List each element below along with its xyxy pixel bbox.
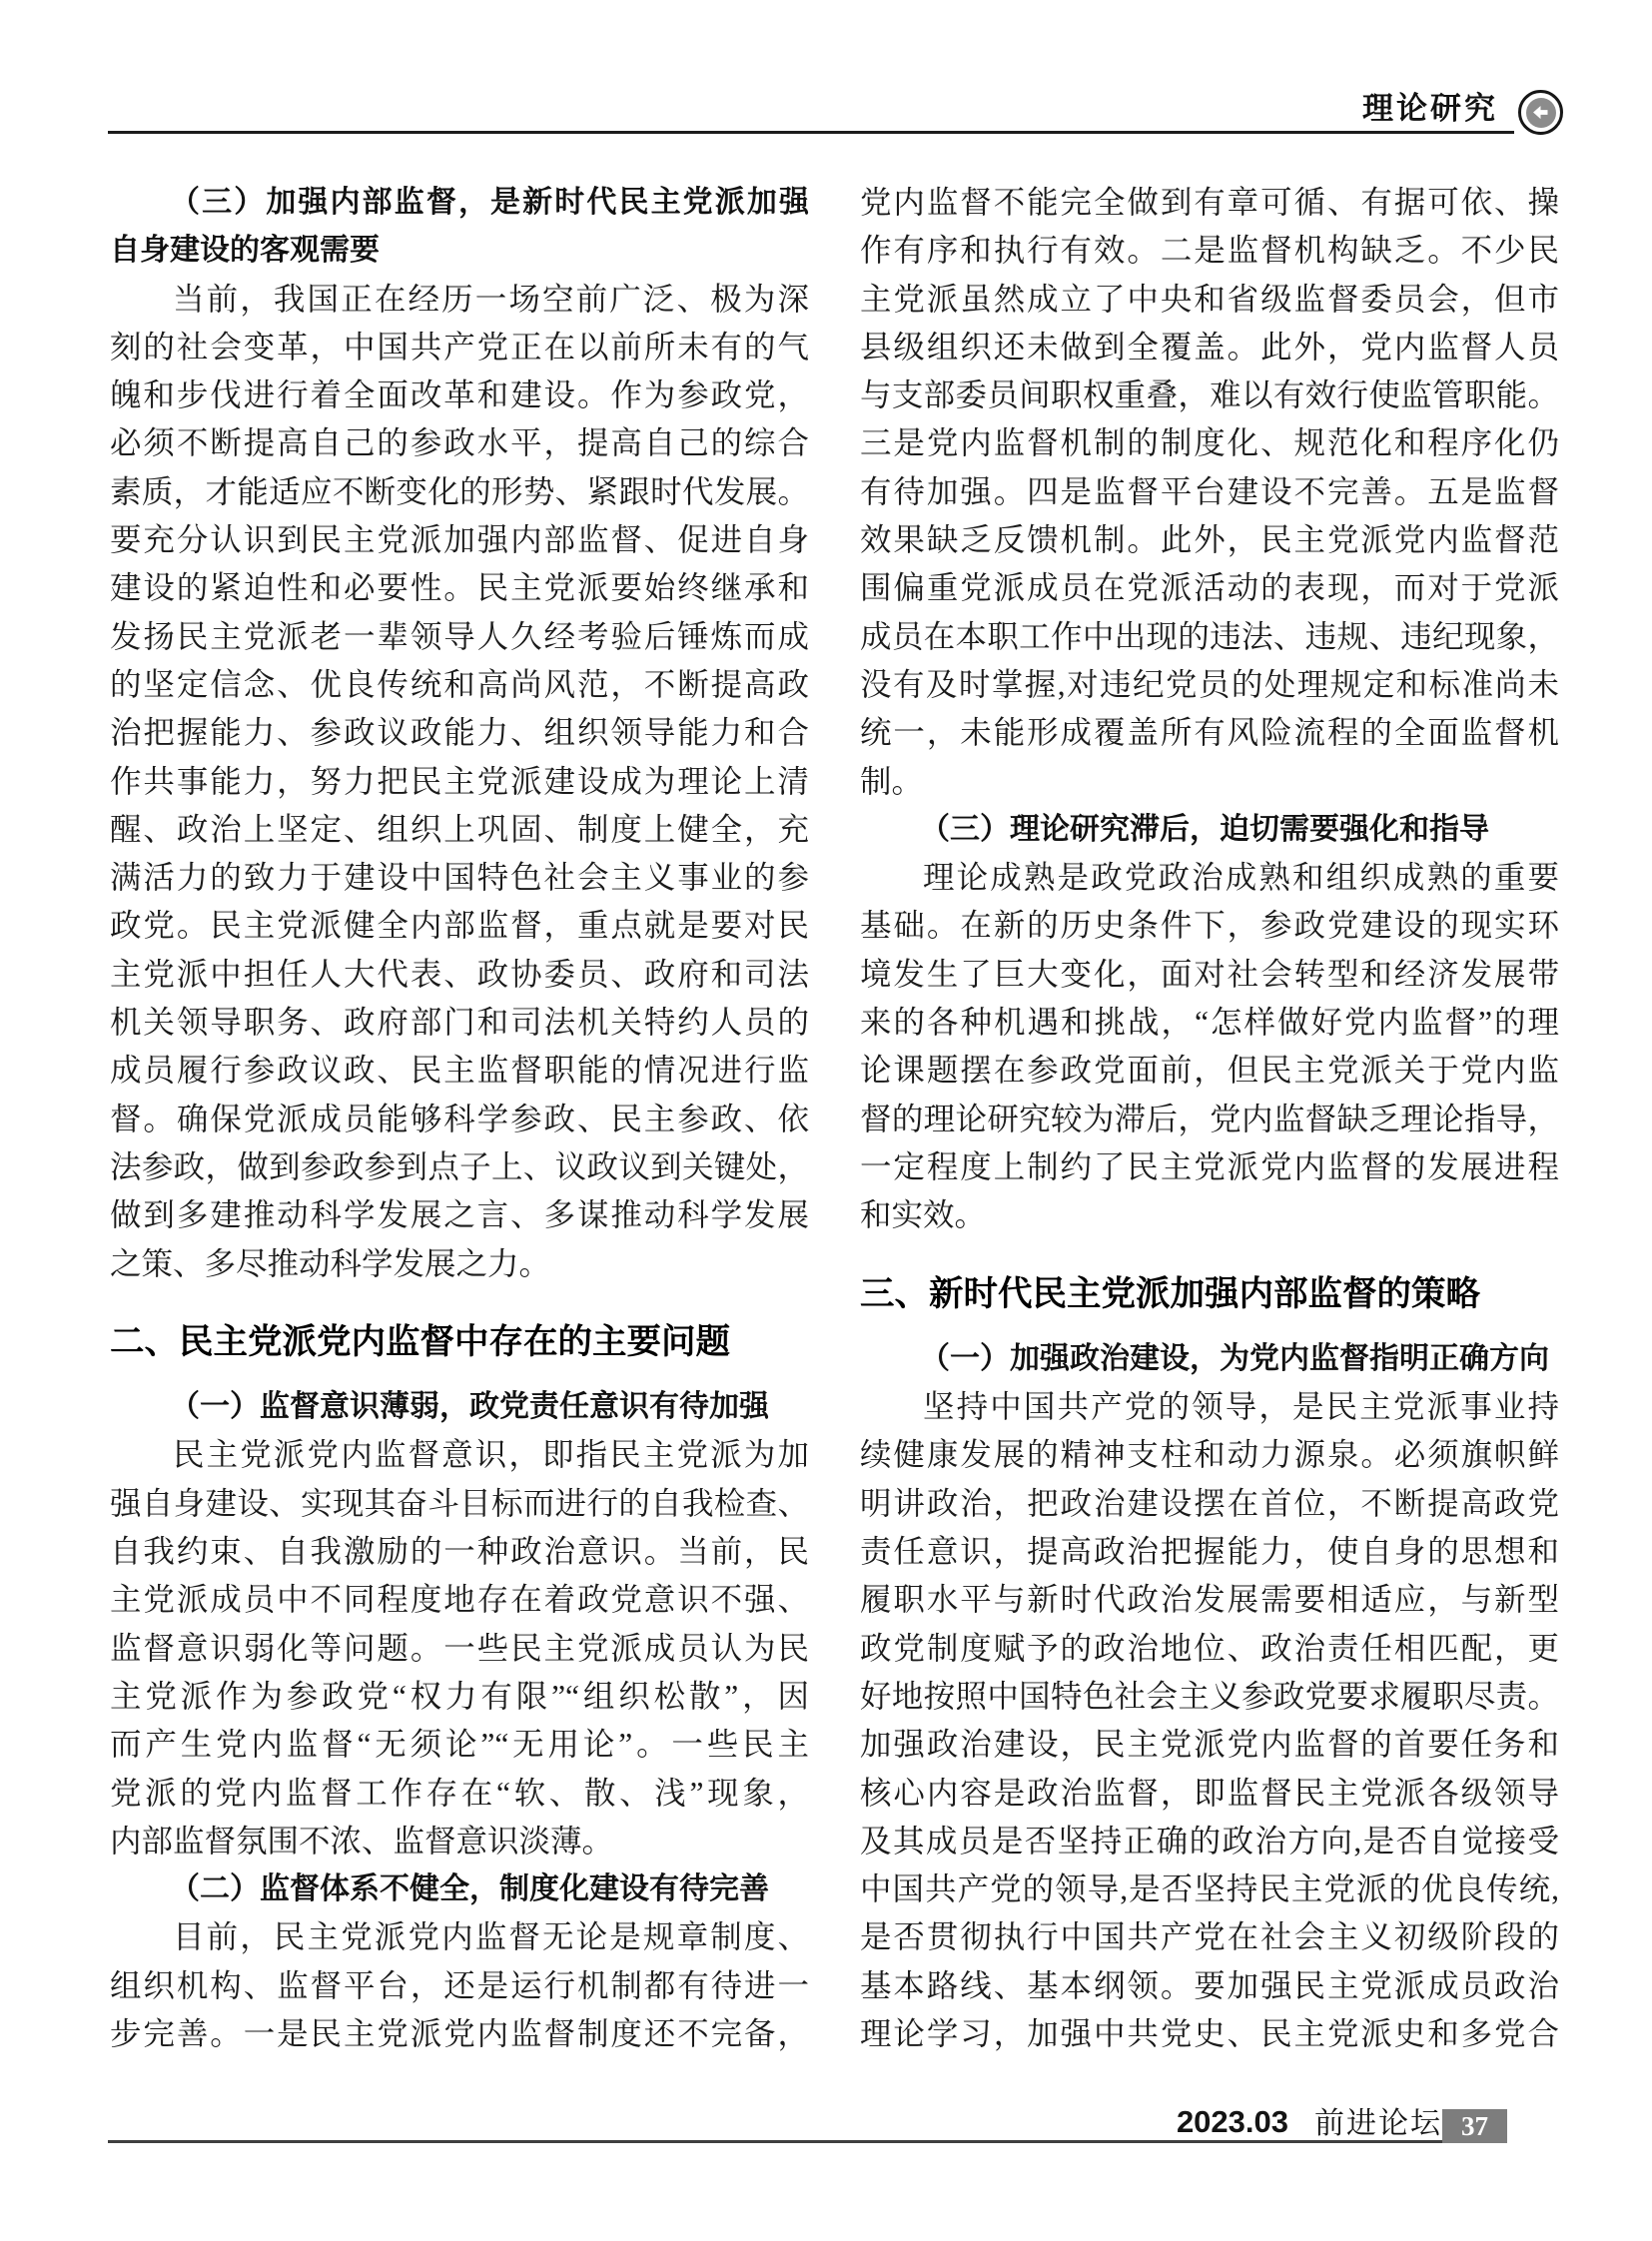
text-line: 成员在本职工作中出现的违法、违规、违纪现象， (860, 613, 1559, 661)
footer-issue-date: 2023.03 (1177, 2104, 1288, 2140)
text-line: 围偏重党派成员在党派活动的表现，而对于党派 (860, 564, 1559, 612)
text-line: 中国共产党的领导,是否坚持民主党派的优良传统, (860, 1866, 1559, 1913)
text-line: 之策、多尽推动科学发展之力。 (110, 1240, 809, 1288)
text-line: 党内监督不能完全做到有章可循、有据可依、操 (860, 179, 1559, 227)
text-line: （一）加强政治建设，为党内监督指明正确方向 (860, 1335, 1559, 1383)
right-column: 党内监督不能完全做到有章可循、有据可依、操作有序和执行有效。二是监督机构缺乏。不… (860, 179, 1559, 2058)
section-heading: 二、民主党派党内监督中存在的主要问题 (110, 1318, 809, 1366)
text-line: 统一，未能形成覆盖所有风险流程的全面监督机 (860, 709, 1559, 757)
text-line: 民主党派党内监督意识，即指民主党派为加 (110, 1431, 809, 1479)
text-line: 主党派中担任人大代表、政协委员、政府和司法 (110, 951, 809, 999)
text-line: 基本路线、基本纲领。要加强民主党派成员政治 (860, 1962, 1559, 2010)
text-line: 来的各种机遇和挑战，“怎样做好党内监督”的理 (860, 999, 1559, 1047)
footer-journal-name: 前进论坛 (1314, 2106, 1442, 2142)
sub-heading: （三）加强内部监督，是新时代民主党派加强自身建设的客观需要 (110, 179, 809, 276)
text-line: 督。确保党派成员能够科学参政、民主参政、依 (110, 1096, 809, 1143)
text-line: 境发生了巨大变化，面对社会转型和经济发展带 (860, 951, 1559, 999)
text-line: 组织机构、监督平台，还是运行机制都有待进一 (110, 1962, 809, 2010)
text-line: 法参政，做到参政参到点子上、议政议到关键处， (110, 1143, 809, 1191)
paragraph: 坚持中国共产党的领导，是民主党派事业持续健康发展的精神支柱和动力源泉。必须旗帜鲜… (860, 1383, 1559, 2058)
text-line: 发扬民主党派老一辈领导人久经考验后锤炼而成 (110, 613, 809, 661)
sub-heading: （二）监督体系不健全，制度化建设有待完善 (110, 1866, 809, 1913)
section-heading-text: 二、民主党派党内监督中存在的主要问题 (110, 1318, 809, 1366)
sub-heading: （一）加强政治建设，为党内监督指明正确方向 (860, 1335, 1559, 1383)
text-line: 强自身建设、实现其奋斗目标而进行的自我检查、 (110, 1480, 809, 1528)
text-line: 魄和步伐进行着全面改革和建设。作为参政党， (110, 372, 809, 419)
text-line: 加强政治建设，民主党派党内监督的首要任务和 (860, 1721, 1559, 1769)
text-line: 成员履行参政议政、民主监督职能的情况进行监 (110, 1047, 809, 1095)
text-line: 明讲政治，把政治建设摆在首位，不断提高政党 (860, 1480, 1559, 1528)
text-line: 素质，才能适应不断变化的形势、紧跟时代发展。 (110, 468, 809, 516)
left-column: （三）加强内部监督，是新时代民主党派加强自身建设的客观需要当前，我国正在经历一场… (110, 179, 809, 2058)
page-number-badge: 37 (1442, 2109, 1507, 2143)
paragraph: 目前，民主党派党内监督无论是规章制度、组织机构、监督平台，还是运行机制都有待进一… (110, 1913, 809, 2058)
text-line: 履职水平与新时代政治发展需要相适应，与新型 (860, 1576, 1559, 1624)
text-line: 效果缺乏反馈机制。此外，民主党派党内监督范 (860, 516, 1559, 564)
text-line: 要充分认识到民主党派加强内部监督、促进自身 (110, 516, 809, 564)
text-line: 满活力的致力于建设中国特色社会主义事业的参 (110, 854, 809, 902)
text-line: 和实效。 (860, 1191, 1559, 1239)
left-arrow-glyph (1530, 102, 1551, 123)
text-line: 政党。民主党派健全内部监督，重点就是要对民 (110, 902, 809, 950)
text-line: 好地按照中国特色社会主义参政党要求履职尽责。 (860, 1673, 1559, 1721)
text-line: 督的理论研究较为滞后，党内监督缺乏理论指导， (860, 1096, 1559, 1143)
page-header-title: 理论研究 (1362, 90, 1498, 128)
text-line: （三）加强内部监督，是新时代民主党派加强 (110, 179, 809, 227)
text-line: 机关领导职务、政府部门和司法机关特约人员的 (110, 999, 809, 1047)
text-line: 建设的紧迫性和必要性。民主党派要始终继承和 (110, 564, 809, 612)
sub-heading: （三）理论研究滞后，迫切需要强化和指导 (860, 806, 1559, 854)
text-line: 理论学习，加强中共党史、民主党派史和多党合 (860, 2010, 1559, 2058)
text-line: 目前，民主党派党内监督无论是规章制度、 (110, 1913, 809, 1961)
section-heading: 三、新时代民主党派加强内部监督的策略 (860, 1270, 1559, 1318)
text-line: 醒、政治上坚定、组织上巩固、制度上健全，充 (110, 806, 809, 854)
text-line: 党派的党内监督工作存在“软、散、浅”现象， (110, 1770, 809, 1818)
section-heading-text: 三、新时代民主党派加强内部监督的策略 (860, 1270, 1559, 1318)
text-line: 主党派虽然成立了中央和省级监督委员会，但市 (860, 276, 1559, 324)
text-line: 必须不断提高自己的参政水平，提高自己的综合 (110, 419, 809, 467)
paragraph: 民主党派党内监督意识，即指民主党派为加强自身建设、实现其奋斗目标而进行的自我检查… (110, 1431, 809, 1866)
text-line: 县级组织还未做到全覆盖。此外，党内监督人员 (860, 324, 1559, 372)
footer-rule (108, 2140, 1442, 2143)
text-line: 监督意识弱化等问题。一些民主党派成员认为民 (110, 1625, 809, 1673)
text-line: 自身建设的客观需要 (110, 227, 809, 275)
text-line: 主党派成员中不同程度地存在着政党意识不强、 (110, 1576, 809, 1624)
text-line: 治把握能力、参政议政能力、组织领导能力和合 (110, 709, 809, 757)
back-arrow-disc (1526, 98, 1556, 128)
text-line: 内部监督氛围不浓、监督意识淡薄。 (110, 1818, 809, 1866)
text-line: 及其成员是否坚持正确的政治方向,是否自觉接受 (860, 1818, 1559, 1866)
text-line: 坚持中国共产党的领导，是民主党派事业持 (860, 1383, 1559, 1431)
text-line: 的坚定信念、优良传统和高尚风范，不断提高政 (110, 661, 809, 709)
text-line: 责任意识，提高政治把握能力，使自身的思想和 (860, 1528, 1559, 1576)
text-line: 刻的社会变革，中国共产党正在以前所未有的气 (110, 324, 809, 372)
text-line: 作有序和执行有效。二是监督机构缺乏。不少民 (860, 227, 1559, 275)
text-line: 自我约束、自我激励的一种政治意识。当前，民 (110, 1528, 809, 1576)
paragraph: 党内监督不能完全做到有章可循、有据可依、操作有序和执行有效。二是监督机构缺乏。不… (860, 179, 1559, 806)
text-line: 当前，我国正在经历一场空前广泛、极为深 (110, 276, 809, 324)
text-line: 理论成熟是政党政治成熟和组织成熟的重要 (860, 854, 1559, 902)
text-line: 步完善。一是民主党派党内监督制度还不完备， (110, 2010, 809, 2058)
text-line: 政党制度赋予的政治地位、政治责任相匹配，更 (860, 1625, 1559, 1673)
text-line: 主党派作为参政党“权力有限”“组织松散”，因 (110, 1673, 809, 1721)
text-line: 基础。在新的历史条件下，参政党建设的现实环 (860, 902, 1559, 950)
header-rule (108, 131, 1514, 134)
text-line: 是否贯彻执行中国共产党在社会主义初级阶段的 (860, 1913, 1559, 1961)
text-line: 制。 (860, 758, 1559, 806)
paragraph: 当前，我国正在经历一场空前广泛、极为深刻的社会变革，中国共产党正在以前所未有的气… (110, 276, 809, 1288)
text-line: 有待加强。四是监督平台建设不完善。五是监督 (860, 468, 1559, 516)
text-line: 一定程度上制约了民主党派党内监督的发展进程 (860, 1143, 1559, 1191)
page-number: 37 (1461, 2109, 1488, 2143)
text-line: 而产生党内监督“无须论”“无用论”。一些民主 (110, 1721, 809, 1769)
text-line: 作共事能力，努力把民主党派建设成为理论上清 (110, 758, 809, 806)
text-line: （一）监督意识薄弱，政党责任意识有待加强 (110, 1383, 809, 1431)
text-line: 论课题摆在参政党面前，但民主党派关于党内监 (860, 1047, 1559, 1095)
text-line: 续健康发展的精神支柱和动力源泉。必须旗帜鲜 (860, 1431, 1559, 1479)
text-line: （二）监督体系不健全，制度化建设有待完善 (110, 1866, 809, 1913)
sub-heading: （一）监督意识薄弱，政党责任意识有待加强 (110, 1383, 809, 1431)
paragraph: 理论成熟是政党政治成熟和组织成熟的重要基础。在新的历史条件下，参政党建设的现实环… (860, 854, 1559, 1239)
text-line: 三是党内监督机制的制度化、规范化和程序化仍 (860, 419, 1559, 467)
text-line: 没有及时掌握,对违纪党员的处理规定和标准尚未 (860, 661, 1559, 709)
text-line: 与支部委员间职权重叠，难以有效行使监管职能。 (860, 372, 1559, 419)
text-line: 核心内容是政治监督，即监督民主党派各级领导 (860, 1770, 1559, 1818)
text-line: 做到多建推动科学发展之言、多谋推动科学发展 (110, 1191, 809, 1239)
text-line: （三）理论研究滞后，迫切需要强化和指导 (860, 806, 1559, 854)
back-arrow-icon[interactable] (1518, 90, 1563, 135)
